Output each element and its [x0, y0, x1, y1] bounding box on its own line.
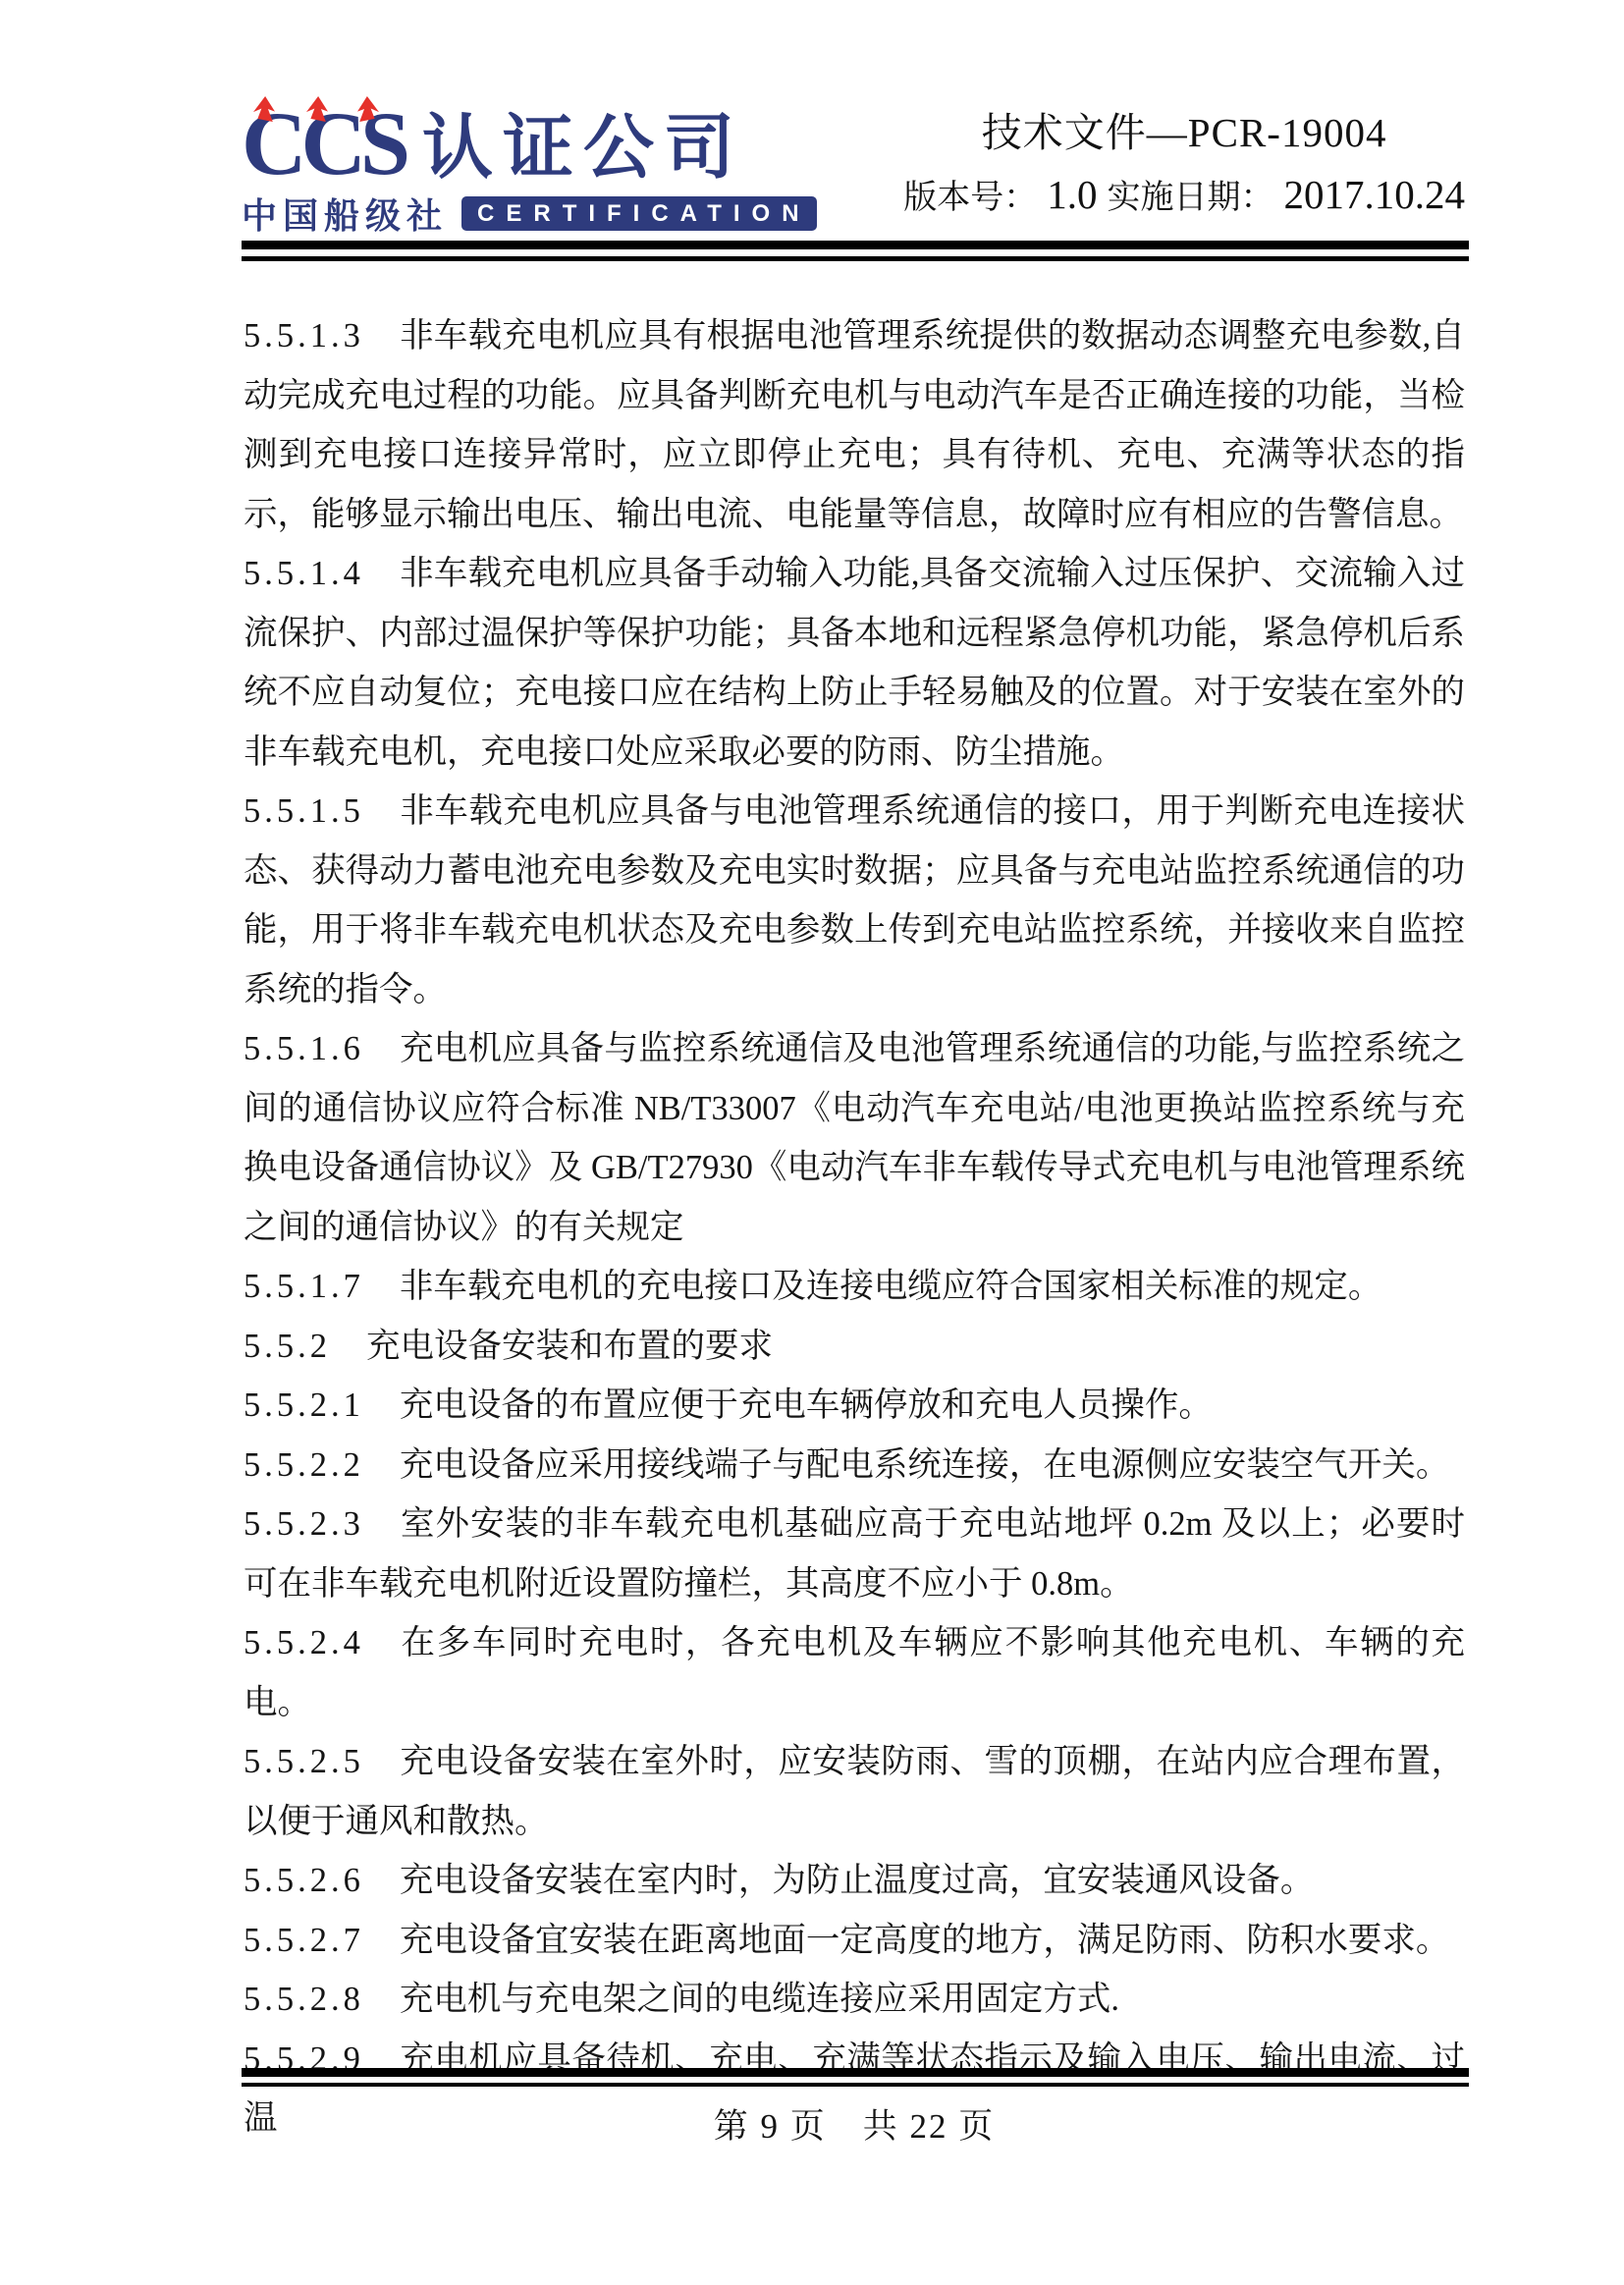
- clause-number: 5.5.2.4: [244, 1624, 364, 1661]
- document-title: 技术文件—PCR-19004: [903, 110, 1465, 155]
- clause-text: 充电机与充电架之间的电缆连接应采用固定方式.: [400, 1981, 1119, 2018]
- paragraph: 5.5.2充电设备安装和布置的要求: [244, 1317, 1465, 1377]
- logo-chinese-name: 中国船级社: [242, 189, 448, 239]
- paragraph: 5.5.2.5充电设备安装在室外时，应安装防雨、雪的顶棚，在站内应合理布置，以便…: [244, 1732, 1465, 1851]
- clause-number: 5.5.1.4: [244, 555, 364, 592]
- clause-text: 在多车同时充电时，各充电机及车辆应不影响其他充电机、车辆的充电。: [244, 1624, 1465, 1721]
- effective-date-label: 实施日期：: [1108, 180, 1274, 216]
- page-indicator: 第 9 页 共 22 页: [244, 2099, 1465, 2149]
- certification-badge: CERTIFICATION: [461, 196, 817, 231]
- clause-text: 充电设备宜安装在距离地面一定高度的地方，满足防雨、防积水要求。: [400, 1922, 1450, 1959]
- clause-number: 5.5.1.5: [244, 792, 364, 830]
- paragraph: 5.5.1.7非车载充电机的充电接口及连接电缆应符合国家相关标准的规定。: [244, 1257, 1465, 1317]
- paragraph: 5.5.2.8充电机与充电架之间的电缆连接应采用固定方式.: [244, 1970, 1465, 2030]
- version-line: 版本号：1.0实施日期：2017.10.24: [903, 173, 1465, 220]
- clause-text: 非车载充电机应具备手动输入功能,具备交流输入过压保护、交流输入过流保护、内部过温…: [244, 555, 1465, 771]
- paragraph: 5.5.2.1充电设备的布置应便于充电车辆停放和充电人员操作。: [244, 1376, 1465, 1436]
- paragraph: 5.5.2.6充电设备安装在室内时，为防止温度过高，宜安装通风设备。: [244, 1851, 1465, 1911]
- clause-number: 5.5.2.7: [244, 1922, 364, 1959]
- clause-text: 非车载充电机应具备与电池管理系统通信的接口，用于判断充电连接状态、获得动力蓄电池…: [244, 792, 1465, 1008]
- clause-text: 非车载充电机应具有根据电池管理系统提供的数据动态调整充电参数,自动完成充电过程的…: [244, 317, 1465, 533]
- version-value: 1.0: [1047, 172, 1097, 217]
- paragraph: 5.5.2.7充电设备宜安装在距离地面一定高度的地方，满足防雨、防积水要求。: [244, 1911, 1465, 1971]
- paragraph: 5.5.1.3非车载充电机应具有根据电池管理系统提供的数据动态调整充电参数,自动…: [244, 306, 1465, 544]
- clause-text: 室外安装的非车载充电机基础应高于充电站地坪 0.2m 及以上；必要时可在非车载充…: [244, 1505, 1465, 1603]
- document-body: 5.5.1.3非车载充电机应具有根据电池管理系统提供的数据动态调整充电参数,自动…: [244, 306, 1465, 2149]
- clause-number: 5.5.2.3: [244, 1505, 364, 1543]
- clause-number: 5.5.2.6: [244, 1862, 364, 1899]
- clause-number: 5.5.2.8: [244, 1981, 364, 2018]
- clause-number: 5.5.1.6: [244, 1030, 364, 1067]
- clause-text: 充电设备安装在室外时，应安装防雨、雪的顶棚，在站内应合理布置，以便于通风和散热。: [244, 1743, 1465, 1840]
- clause-number: 5.5.2.2: [244, 1446, 364, 1484]
- paragraph: 5.5.1.4非车载充电机应具备手动输入功能,具备交流输入过压保护、交流输入过流…: [244, 544, 1465, 782]
- header-meta: 技术文件—PCR-19004 版本号：1.0实施日期：2017.10.24: [903, 110, 1465, 220]
- effective-date-value: 2017.10.24: [1284, 172, 1466, 217]
- document-page: CCS 认证公司 中国船级社 CERTIFICATION 技术文件—PCR-19…: [0, 0, 1624, 2285]
- ccs-lettermark: CCS: [242, 106, 405, 181]
- ccs-logo: CCS 认证公司 中国船级社 CERTIFICATION: [242, 106, 817, 239]
- paragraph: 5.5.2.2充电设备应采用接线端子与配电系统连接，在电源侧应安装空气开关。: [244, 1436, 1465, 1496]
- logo-bottom-row: 中国船级社 CERTIFICATION: [242, 189, 817, 239]
- clause-number: 5.5.2: [244, 1328, 331, 1365]
- clause-number: 5.5.1.3: [244, 317, 364, 354]
- logo-top-row: CCS 认证公司: [242, 106, 817, 181]
- clause-text: 充电机应具备与监控系统通信及电池管理系统通信的功能,与监控系统之间的通信协议应符…: [244, 1030, 1465, 1246]
- version-label: 版本号：: [903, 180, 1037, 216]
- paragraph: 5.5.2.3室外安装的非车载充电机基础应高于充电站地坪 0.2m 及以上；必要…: [244, 1495, 1465, 1613]
- clause-number: 5.5.2.5: [244, 1743, 364, 1780]
- clause-number: 5.5.1.7: [244, 1268, 364, 1305]
- clause-text: 非车载充电机的充电接口及连接电缆应符合国家相关标准的规定。: [400, 1268, 1382, 1305]
- clause-number: 5.5.2.1: [244, 1387, 364, 1424]
- header-divider: [242, 241, 1469, 261]
- paragraph: 5.5.2.4在多车同时充电时，各充电机及车辆应不影响其他充电机、车辆的充电。: [244, 1613, 1465, 1732]
- clause-text: 充电设备的布置应便于充电车辆停放和充电人员操作。: [400, 1387, 1213, 1424]
- paragraph: 5.5.1.6充电机应具备与监控系统通信及电池管理系统通信的功能,与监控系统之间…: [244, 1019, 1465, 1257]
- logo-company-name: 认证公司: [422, 116, 744, 181]
- footer-divider: [242, 2068, 1469, 2087]
- paragraph: 5.5.1.5非车载充电机应具备与电池管理系统通信的接口，用于判断充电连接状态、…: [244, 782, 1465, 1019]
- clause-text: 充电设备安装和布置的要求: [366, 1328, 773, 1365]
- clause-text: 充电设备应采用接线端子与配电系统连接，在电源侧应安装空气开关。: [400, 1446, 1450, 1484]
- clause-text: 充电设备安装在室内时，为防止温度过高，宜安装通风设备。: [400, 1862, 1315, 1899]
